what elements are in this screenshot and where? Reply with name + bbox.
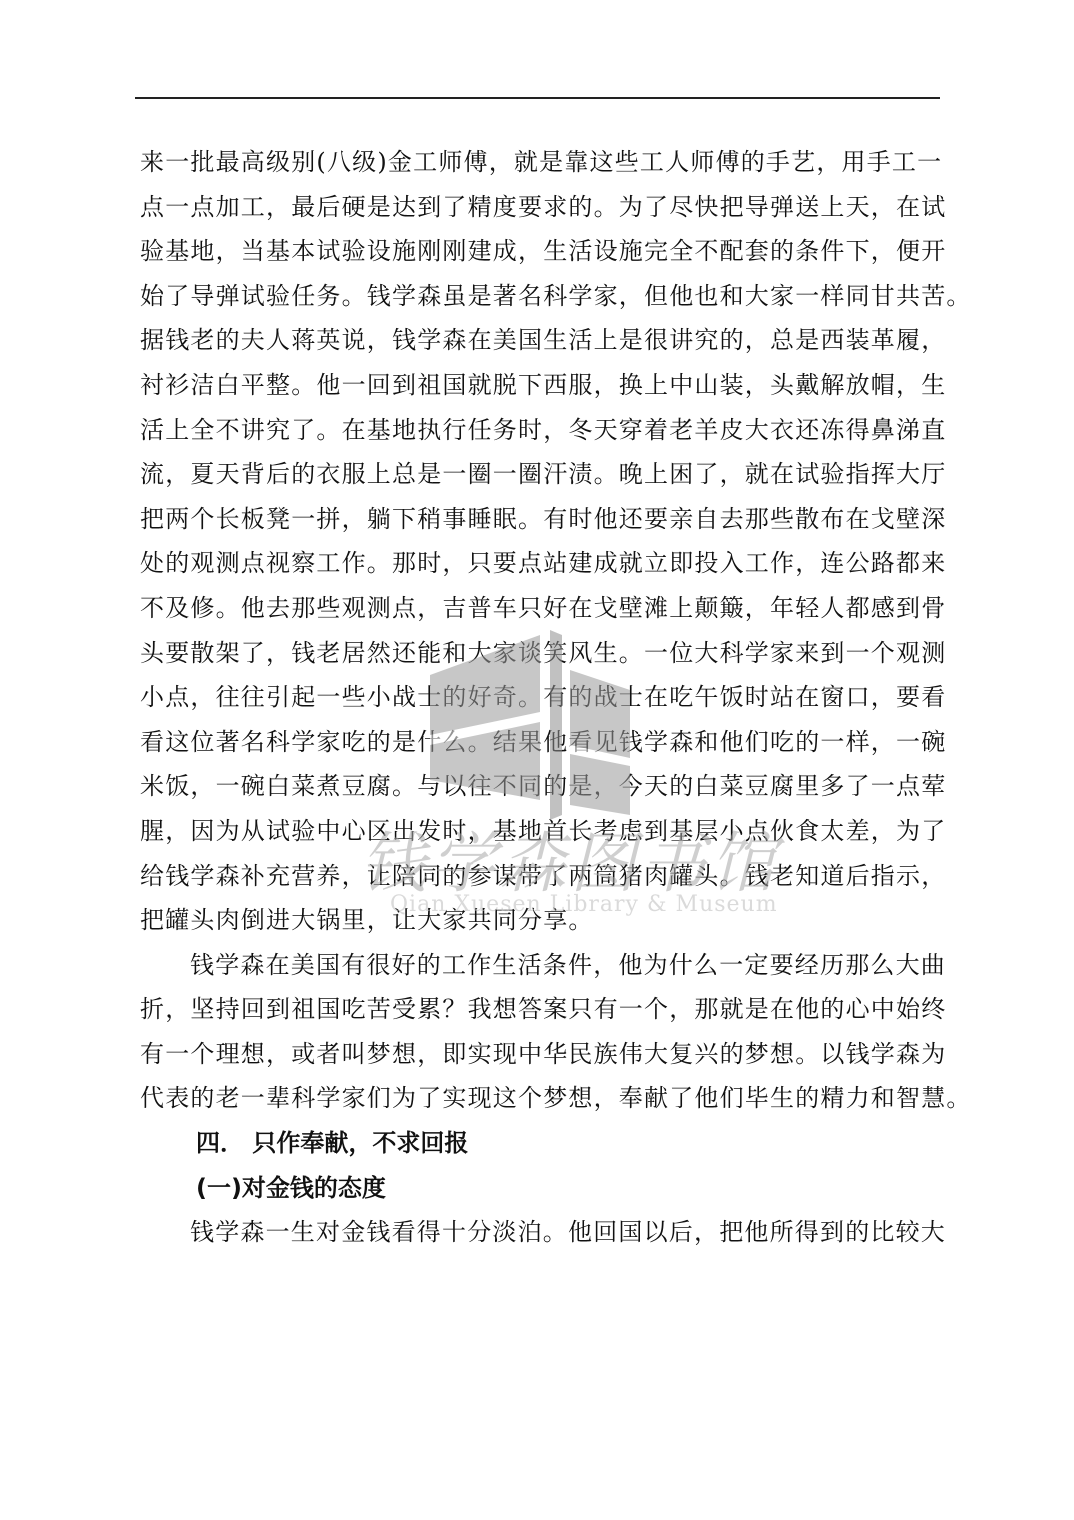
text-line: 来一批最高级别(八级)金工师傅，就是靠这些工人师傅的手艺，用手工一 [140,140,940,185]
text-line: 点一点加工，最后硬是达到了精度要求的。为了尽快把导弹送上天，在试 [140,185,940,230]
text-line: 把两个长板凳一拼，躺下稍事睡眠。有时他还要亲自去那些散布在戈壁深 [140,497,940,542]
text-line: 给钱学森补充营养，让陪同的参谋带了两筒猪肉罐头。钱老知道后指示， [140,854,940,899]
text-line: 小点，往往引起一些小战士的好奇。有的战士在吃午饭时站在窗口，要看 [140,675,940,720]
text-line: 钱学森在美国有很好的工作生活条件，他为什么一定要经历那么大曲 [140,943,940,988]
text-line: 把罐头肉倒进大锅里，让大家共同分享。 [140,898,940,943]
text-line: 代表的老一辈科学家们为了实现这个梦想，奉献了他们毕生的精力和智慧。 [140,1076,940,1121]
text-line: 折，坚持回到祖国吃苦受累？我想答案只有一个，那就是在他的心中始终 [140,987,940,1032]
text-line: 腥，因为从试验中心区出发时，基地首长考虑到基层小点伙食太差，为了 [140,809,940,854]
text-line: 衬衫洁白平整。他一回到祖国就脱下西服，换上中山装，头戴解放帽，生 [140,363,940,408]
text-line: 头要散架了，钱老居然还能和大家谈笑风生。一位大科学家来到一个观测 [140,631,940,676]
text-line: 钱学森一生对金钱看得十分淡泊。他回国以后，把他所得到的比较大 [140,1210,940,1255]
text-line: 始了导弹试验任务。钱学森虽是著名科学家，但他也和大家一样同甘共苦。 [140,274,940,319]
text-line: 不及修。他去那些观测点，吉普车只好在戈壁滩上颠簸，年轻人都感到骨 [140,586,940,631]
text-line: 米饭，一碗白菜煮豆腐。与以往不同的是，今天的白菜豆腐里多了一点荤 [140,764,940,809]
text-line: 流，夏天背后的衣服上总是一圈一圈汗渍。晚上困了，就在试验指挥大厅 [140,452,940,497]
subsection-heading: (一)对金钱的态度 [140,1166,940,1211]
header-rule [135,97,940,99]
text-line: 据钱老的夫人蒋英说，钱学森在美国生活上是很讲究的，总是西装革履， [140,318,940,363]
text-line: 处的观测点视察工作。那时，只要点站建成就立即投入工作，连公路都来 [140,541,940,586]
text-line: 验基地，当基本试验设施刚刚建成，生活设施完全不配套的条件下，便开 [140,229,940,274]
section-heading: 四． 只作奉献，不求回报 [140,1121,940,1166]
text-line: 有一个理想，或者叫梦想，即实现中华民族伟大复兴的梦想。以钱学森为 [140,1032,940,1077]
page-body: 来一批最高级别(八级)金工师傅，就是靠这些工人师傅的手艺，用手工一 点一点加工，… [140,140,940,1255]
text-line: 看这位著名科学家吃的是什么。结果他看见钱学森和他们吃的一样，一碗 [140,720,940,765]
text-line: 活上全不讲究了。在基地执行任务时，冬天穿着老羊皮大衣还冻得鼻涕直 [140,408,940,453]
